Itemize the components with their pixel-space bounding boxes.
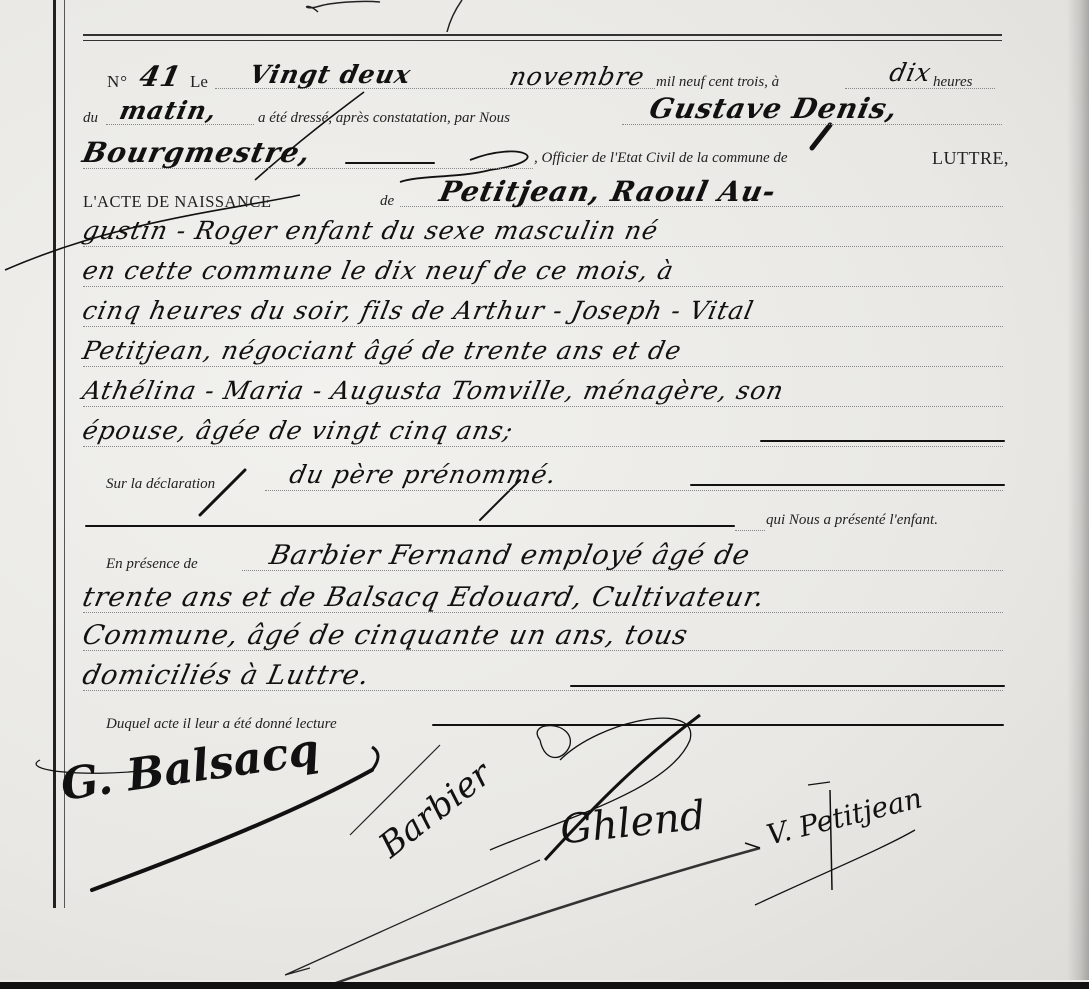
body-line-6: en cette commune le dix neuf de ce mois,… bbox=[80, 256, 677, 285]
witness-line-3: Commune, âgé de cinquante un ans, tous bbox=[80, 620, 691, 651]
moment-value: matin, bbox=[117, 96, 220, 125]
month-value: novembre bbox=[507, 62, 648, 91]
header-rule-bottom bbox=[83, 40, 1002, 41]
de-label: de bbox=[380, 193, 394, 210]
act-number: 41 bbox=[136, 60, 184, 93]
header-rule-top bbox=[83, 34, 1002, 36]
page-edge-shadow bbox=[1067, 0, 1089, 980]
presence-label: En présence de bbox=[106, 556, 198, 573]
le-label: Le bbox=[190, 72, 208, 92]
officer-name: Gustave Denis, bbox=[646, 92, 901, 125]
signature-ghlend: Ghlend bbox=[558, 793, 708, 854]
day-value: Vingt deux bbox=[247, 60, 414, 89]
dresse-label: a été dressé, après constatation, par No… bbox=[258, 110, 510, 127]
acte-label: L'ACTE DE NAISSANCE bbox=[83, 192, 271, 212]
declaration-value: du père prénommé. bbox=[287, 460, 560, 489]
declaration-label: Sur la déclaration bbox=[106, 476, 215, 493]
officier-label: , Officier de l'Etat Civil de la commune… bbox=[534, 150, 788, 167]
body-line-7: cinq heures du soir, fils de Arthur - Jo… bbox=[80, 296, 757, 325]
margin-rule-thick bbox=[53, 0, 56, 908]
child-name: Petitjean, Raoul Au- bbox=[436, 175, 779, 208]
commune-name: LUTTRE, bbox=[932, 148, 1009, 169]
presente-label: qui Nous a présenté l'enfant. bbox=[766, 512, 938, 529]
heures-label: heures bbox=[933, 74, 972, 91]
hour-value: dix bbox=[887, 58, 934, 87]
witness-line-1: Barbier Fernand employé âgé de bbox=[267, 540, 753, 571]
signature-barbier: Barbier bbox=[372, 754, 499, 866]
body-line-10: épouse, âgée de vingt cinq ans; bbox=[80, 416, 516, 445]
signature-balsacq: G. Balsacq bbox=[58, 724, 322, 811]
year-label: mil neuf cent trois, à bbox=[656, 74, 779, 91]
body-line-5: gustin - Roger enfant du sexe masculin n… bbox=[80, 216, 661, 245]
document-page: N° 41 Le Vingt deux novembre mil neuf ce… bbox=[0, 0, 1089, 980]
body-line-8: Petitjean, négociant âgé de trente ans e… bbox=[80, 336, 685, 365]
du-label: du bbox=[83, 110, 98, 127]
witness-line-2: trente ans et de Balsacq Edouard, Cultiv… bbox=[80, 582, 768, 613]
body-line-9: Athélina - Maria - Augusta Tomville, mén… bbox=[80, 376, 787, 405]
officer-title: Bourgmestre, bbox=[79, 136, 313, 169]
numero-label: N° bbox=[107, 72, 128, 92]
scan-bottom-edge bbox=[0, 982, 1089, 989]
witness-line-4: domiciliés à Luttre. bbox=[80, 660, 373, 691]
signature-petitjean: V. Petitjean bbox=[763, 781, 925, 851]
